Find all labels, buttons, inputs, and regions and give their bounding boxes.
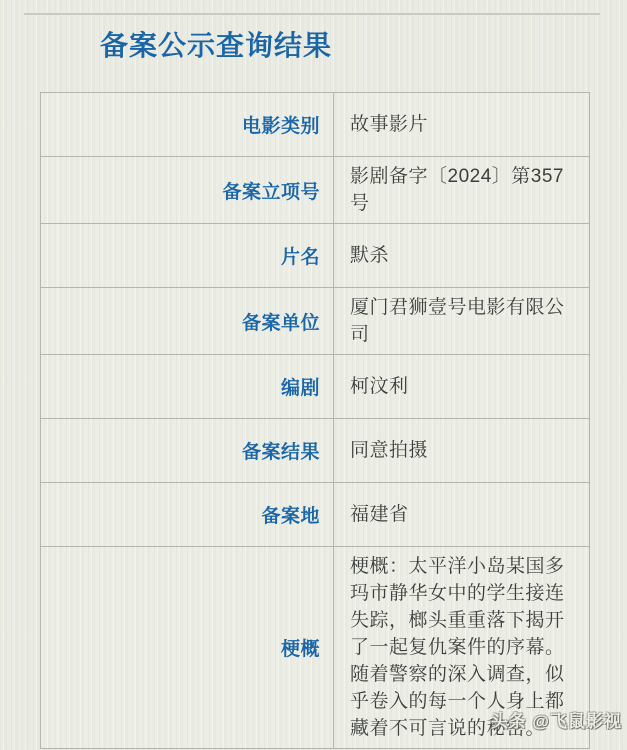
row-value: 影剧备字〔2024〕第357号	[334, 157, 589, 223]
row-label: 电影类别	[41, 93, 334, 156]
row-label: 备案单位	[41, 288, 334, 354]
table-row-film-category: 电影类别 故事影片	[41, 93, 589, 156]
row-value: 故事影片	[334, 93, 589, 156]
results-table: 电影类别 故事影片 备案立项号 影剧备字〔2024〕第357号 片名 默杀 备案…	[40, 92, 590, 749]
page-title: 备案公示查询结果	[100, 24, 332, 64]
table-row-registration-number: 备案立项号 影剧备字〔2024〕第357号	[41, 156, 589, 223]
table-row-screenwriter: 编剧 柯汶利	[41, 354, 589, 418]
row-value: 默杀	[334, 224, 589, 287]
row-label: 备案立项号	[41, 157, 334, 223]
row-label: 编剧	[41, 355, 334, 418]
watermark: 头条 @飞鼠影视	[491, 707, 622, 732]
row-value: 福建省	[334, 483, 589, 546]
row-value: 柯汶利	[334, 355, 589, 418]
row-label: 备案地	[41, 483, 334, 546]
row-label: 梗概	[41, 547, 334, 748]
table-row-registration-result: 备案结果 同意拍摄	[41, 418, 589, 482]
table-row-registration-unit: 备案单位 厦门君狮壹号电影有限公司	[41, 287, 589, 354]
table-row-registration-place: 备案地 福建省	[41, 482, 589, 546]
row-label: 片名	[41, 224, 334, 287]
row-value: 同意拍摄	[334, 419, 589, 482]
row-label: 备案结果	[41, 419, 334, 482]
row-value: 厦门君狮壹号电影有限公司	[334, 288, 589, 354]
page: { "page": { "title": "备案公示查询结果", "waterm…	[0, 0, 627, 750]
table-row-film-title: 片名 默杀	[41, 223, 589, 287]
top-divider	[24, 13, 600, 16]
